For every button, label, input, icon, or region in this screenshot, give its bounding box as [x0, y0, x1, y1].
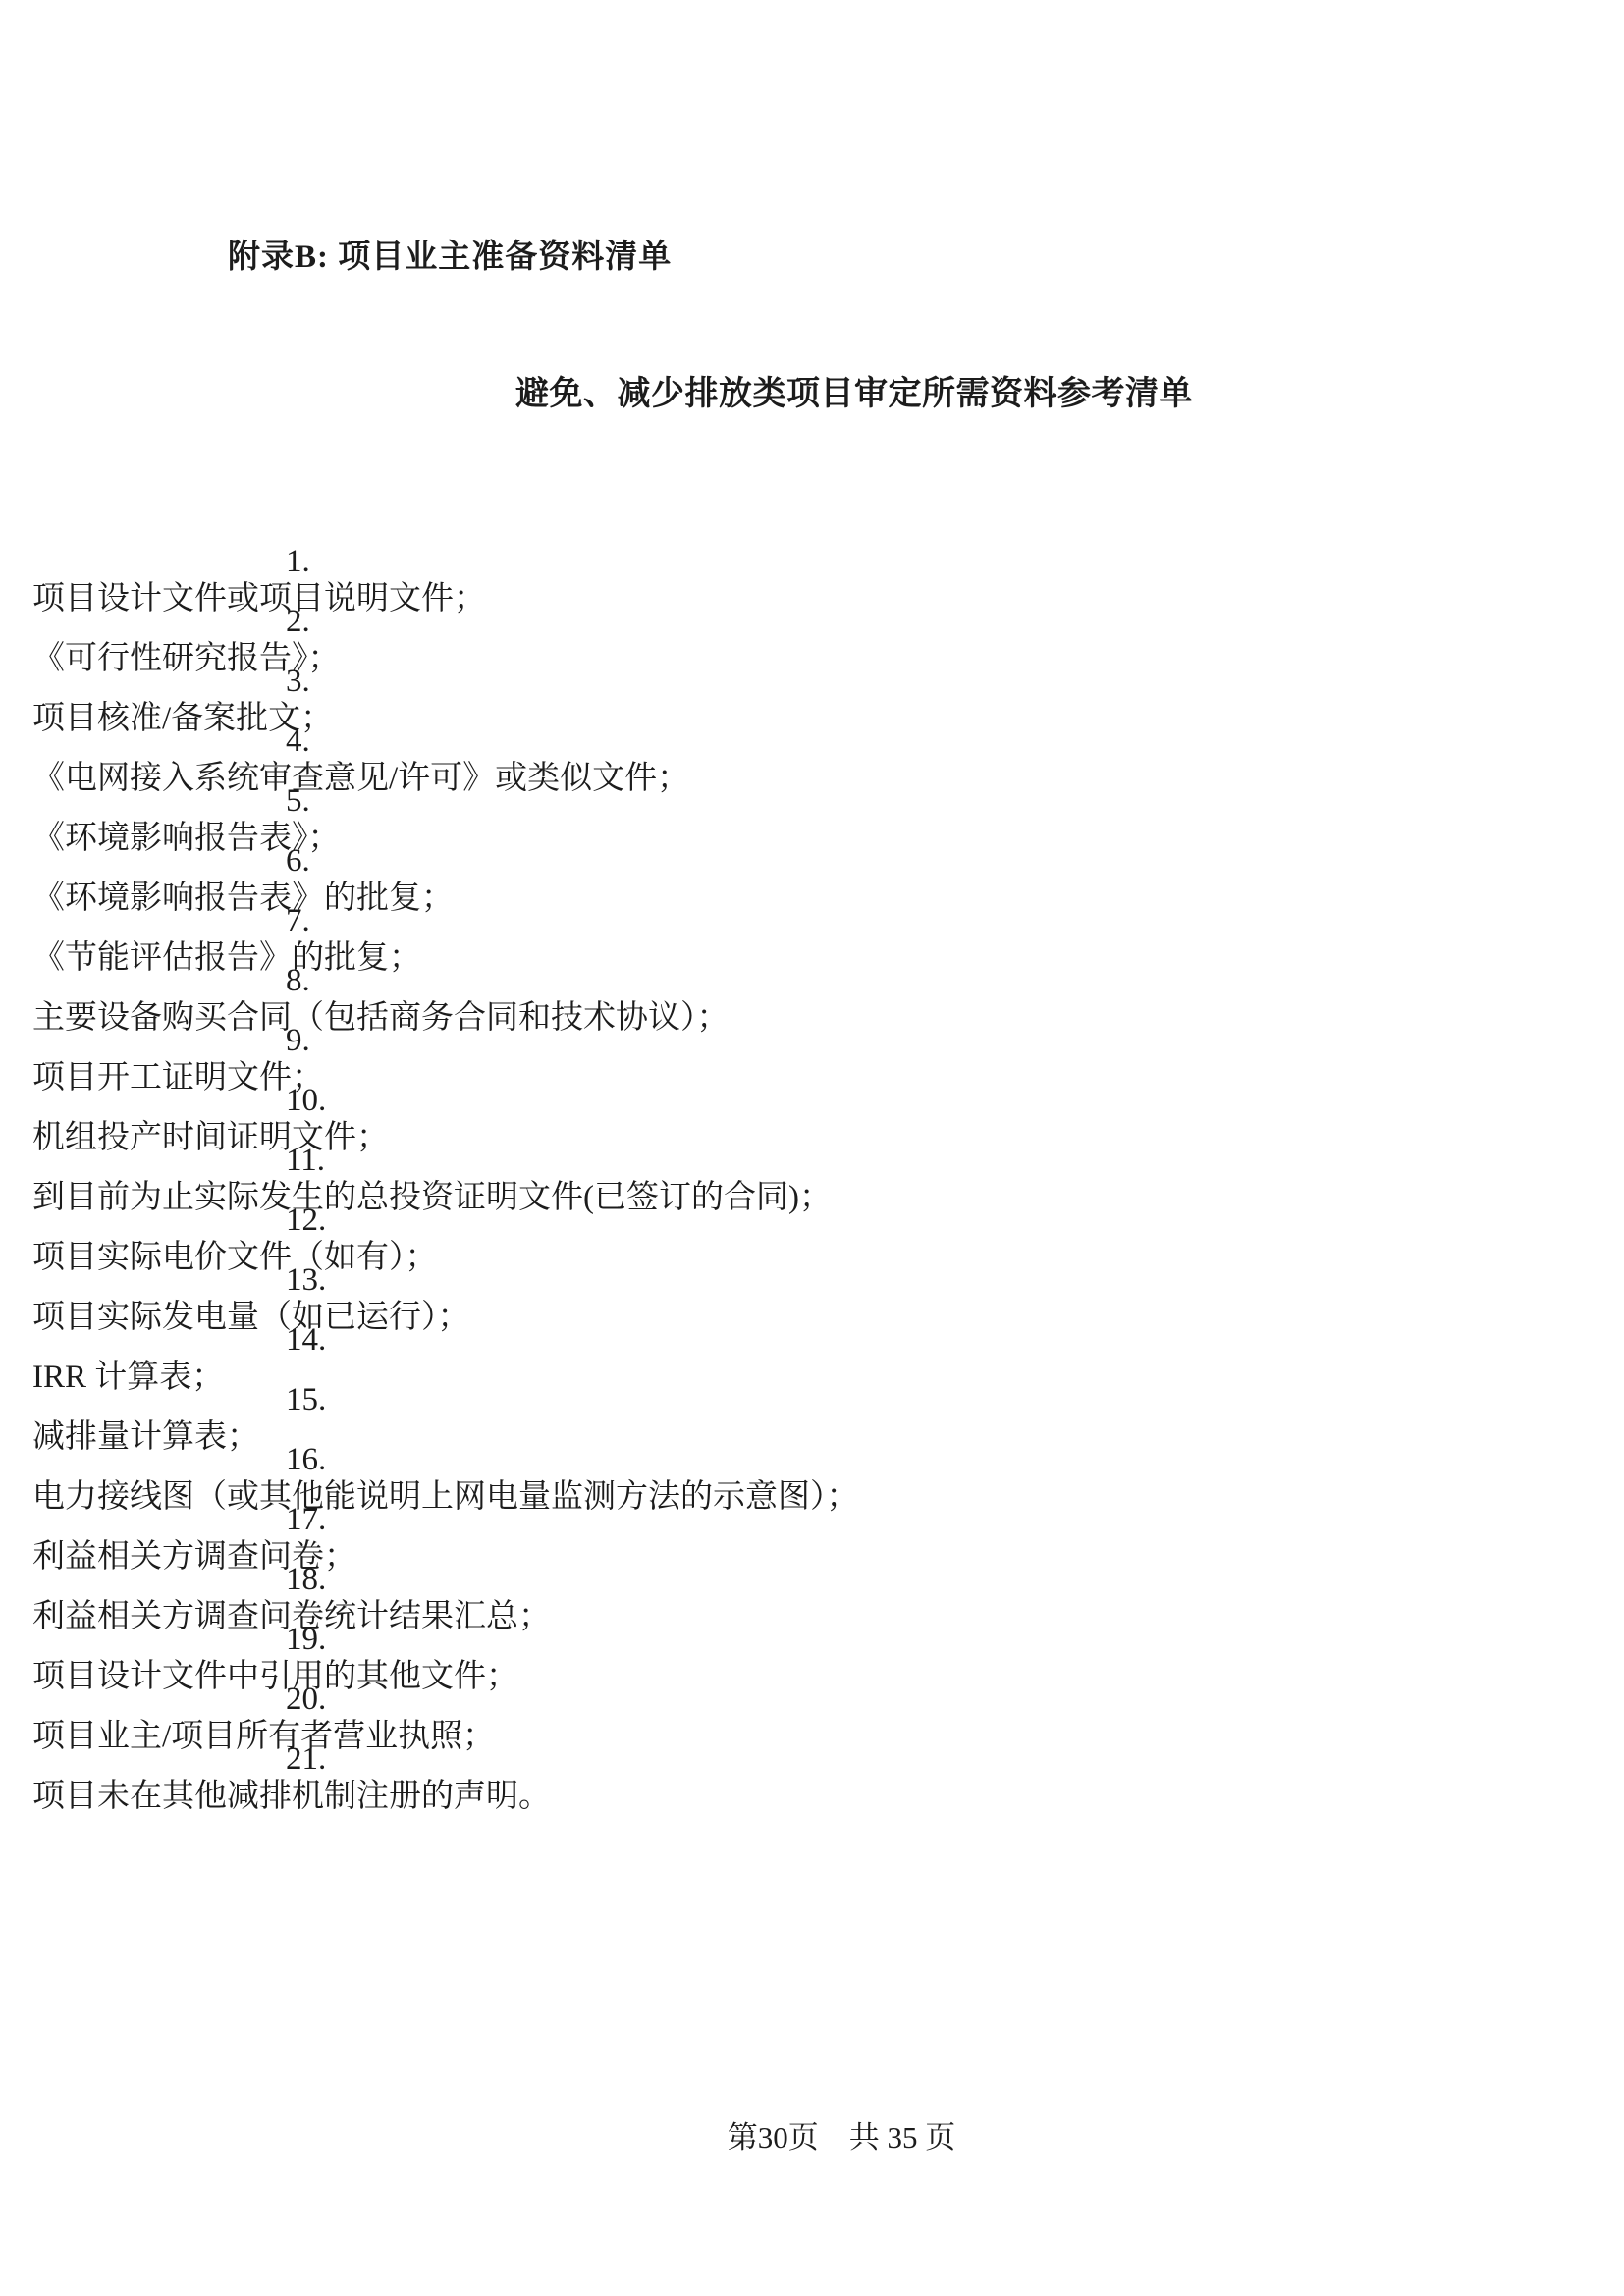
item-text: 项目未在其他减排机制注册的声明。 [32, 1778, 551, 1815]
item-number: 8. [286, 962, 396, 999]
item-number: 14. [286, 1321, 396, 1359]
item-number: 15. [286, 1381, 396, 1418]
item-number: 4. [286, 722, 396, 760]
item-number: 5. [286, 782, 396, 820]
item-number: 21. [286, 1740, 396, 1778]
page-number-footer: 第30页 共 35 页 [0, 2120, 1624, 2156]
item-number: 7. [286, 902, 396, 939]
item-number: 11. [286, 1142, 396, 1179]
item-number: 9. [286, 1022, 396, 1059]
item-number: 17. [286, 1501, 396, 1538]
item-number: 1. [286, 543, 396, 580]
item-number: 10. [286, 1082, 396, 1119]
document-page: 附录B: 项目业主准备资料清单 避免、减少排放类项目审定所需资料参考清单 1. … [0, 0, 1624, 2296]
item-number: 18. [286, 1561, 396, 1598]
item-number: 16. [286, 1441, 396, 1478]
appendix-heading: 附录B: 项目业主准备资料清单 [228, 240, 672, 275]
checklist: 1. 项目设计文件或项目说明文件； 2. 《可行性研究报告》； 3. 项目核准/… [0, 506, 1624, 1763]
checklist-title: 避免、减少排放类项目审定所需资料参考清单 [0, 376, 1624, 413]
list-item: 1. 项目设计文件或项目说明文件； [0, 506, 1624, 565]
item-number: 13. [286, 1261, 396, 1299]
item-number: 20. [286, 1681, 396, 1718]
item-number: 12. [286, 1201, 396, 1239]
item-number: 6. [286, 842, 396, 880]
item-number: 3. [286, 663, 396, 700]
item-number: 19. [286, 1621, 396, 1658]
item-number: 2. [286, 603, 396, 640]
